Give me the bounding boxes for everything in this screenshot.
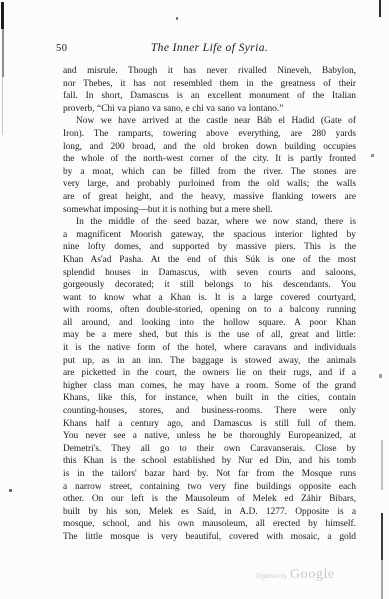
scan-artifact-top-left-faint [2, 77, 3, 135]
text-line: Iron). The ramparts, towering above ever… [63, 128, 356, 141]
text-line: Khans half a century ago, and Damascus i… [63, 418, 356, 431]
text-line: fall. In short, Damascus is an excellent… [63, 90, 356, 103]
google-watermark: Digitized by Google [256, 567, 335, 583]
text-line: very large, and probably purloined from … [63, 178, 356, 191]
text-line: The little mosque is very beautiful, cov… [63, 531, 356, 544]
text-line: counting-houses, stores, and business-ro… [63, 405, 356, 418]
google-logo-text: Google [290, 567, 335, 583]
text-line: are of great height, and the heavy, mass… [63, 191, 356, 204]
text-line: proverb, “Chi va piano va sano, e chi va… [63, 103, 356, 116]
text-line: higher class man comes, he may have a ro… [63, 380, 356, 393]
text-line: long, and 200 broad, and the old broken … [63, 141, 356, 154]
text-line: other. On our left is the Mausoleum of M… [63, 493, 356, 506]
text-line: Khan As'ad Pasha. At the end of this Súk… [63, 254, 356, 267]
scan-artifact-right-line-dark [381, 513, 383, 560]
body-text: and misrule. Though it has never rivalle… [63, 65, 356, 544]
scan-artifact-dot-left-lower [9, 489, 12, 492]
text-line: a magnificent Moorish gateway, the spaci… [63, 229, 356, 242]
scan-artifact-dot-top-center [176, 17, 178, 20]
running-title: The Inner Life of Syria. [63, 42, 356, 54]
text-line: Demetri's. They all go to their own Cara… [63, 443, 356, 456]
text-line: are picketted in the court, the owners l… [63, 367, 356, 380]
digitized-by-label: Digitized by [256, 574, 287, 580]
text-line: all around, and looking into the hollow … [63, 317, 356, 330]
scan-artifact-dot-right-mid [379, 374, 382, 378]
text-line: want to know what a Khan is. It is a lar… [63, 292, 356, 305]
text-line: is in the tailors' bazar hard by. Not fa… [63, 468, 356, 481]
scan-artifact-right-line-light [381, 440, 383, 490]
text-line: Now we have arrived at the castle near B… [63, 115, 356, 128]
book-page-scan: 50 The Inner Life of Syria. and misrule.… [0, 0, 389, 599]
text-line: built by his son, Melek es Saíd, in A.D.… [63, 506, 356, 519]
text-line: it is the native form of the hotel, wher… [63, 342, 356, 355]
text-line: You never see a native, unless he be tho… [63, 430, 356, 443]
scan-artifact-top-left-line [2, 29, 4, 77]
text-line: this Khan is the school established by N… [63, 455, 356, 468]
scan-artifact-right-line-low [381, 560, 383, 599]
text-line: by a moat, which can be filled from the … [63, 166, 356, 179]
text-line: nor Thebes, it has not resembled them in… [63, 78, 356, 91]
text-line: Khans, like this, for instance, when bui… [63, 392, 356, 405]
text-line: a narrow street, containing two very fin… [63, 481, 356, 494]
text-line: the whole of the north-west corner of th… [63, 153, 356, 166]
scan-artifact-top-right-bar [379, 0, 381, 17]
scan-artifact-dot-right-upper [371, 154, 374, 157]
text-line: put up, as in an inn. The baggage is sto… [63, 355, 356, 368]
text-line: splendid houses in Damascus, with seven … [63, 267, 356, 280]
text-line: gorgeously decorated; it still belongs t… [63, 279, 356, 292]
text-line: somewhat imposing—but it is nothing but … [63, 204, 356, 217]
scan-artifact-top-left-bar [1, 2, 4, 29]
text-line: nine lofty domes, and supported by massi… [63, 241, 356, 254]
text-line: may be a mere shed, but this is the use … [63, 329, 356, 342]
text-line: and misrule. Though it has never rivalle… [63, 65, 356, 78]
text-line: mosque, school, and his own mausoleum, a… [63, 518, 356, 531]
text-line: with rooms, often double-storied, openin… [63, 304, 356, 317]
text-line: In the middle of the seed bazar, where w… [63, 216, 356, 229]
